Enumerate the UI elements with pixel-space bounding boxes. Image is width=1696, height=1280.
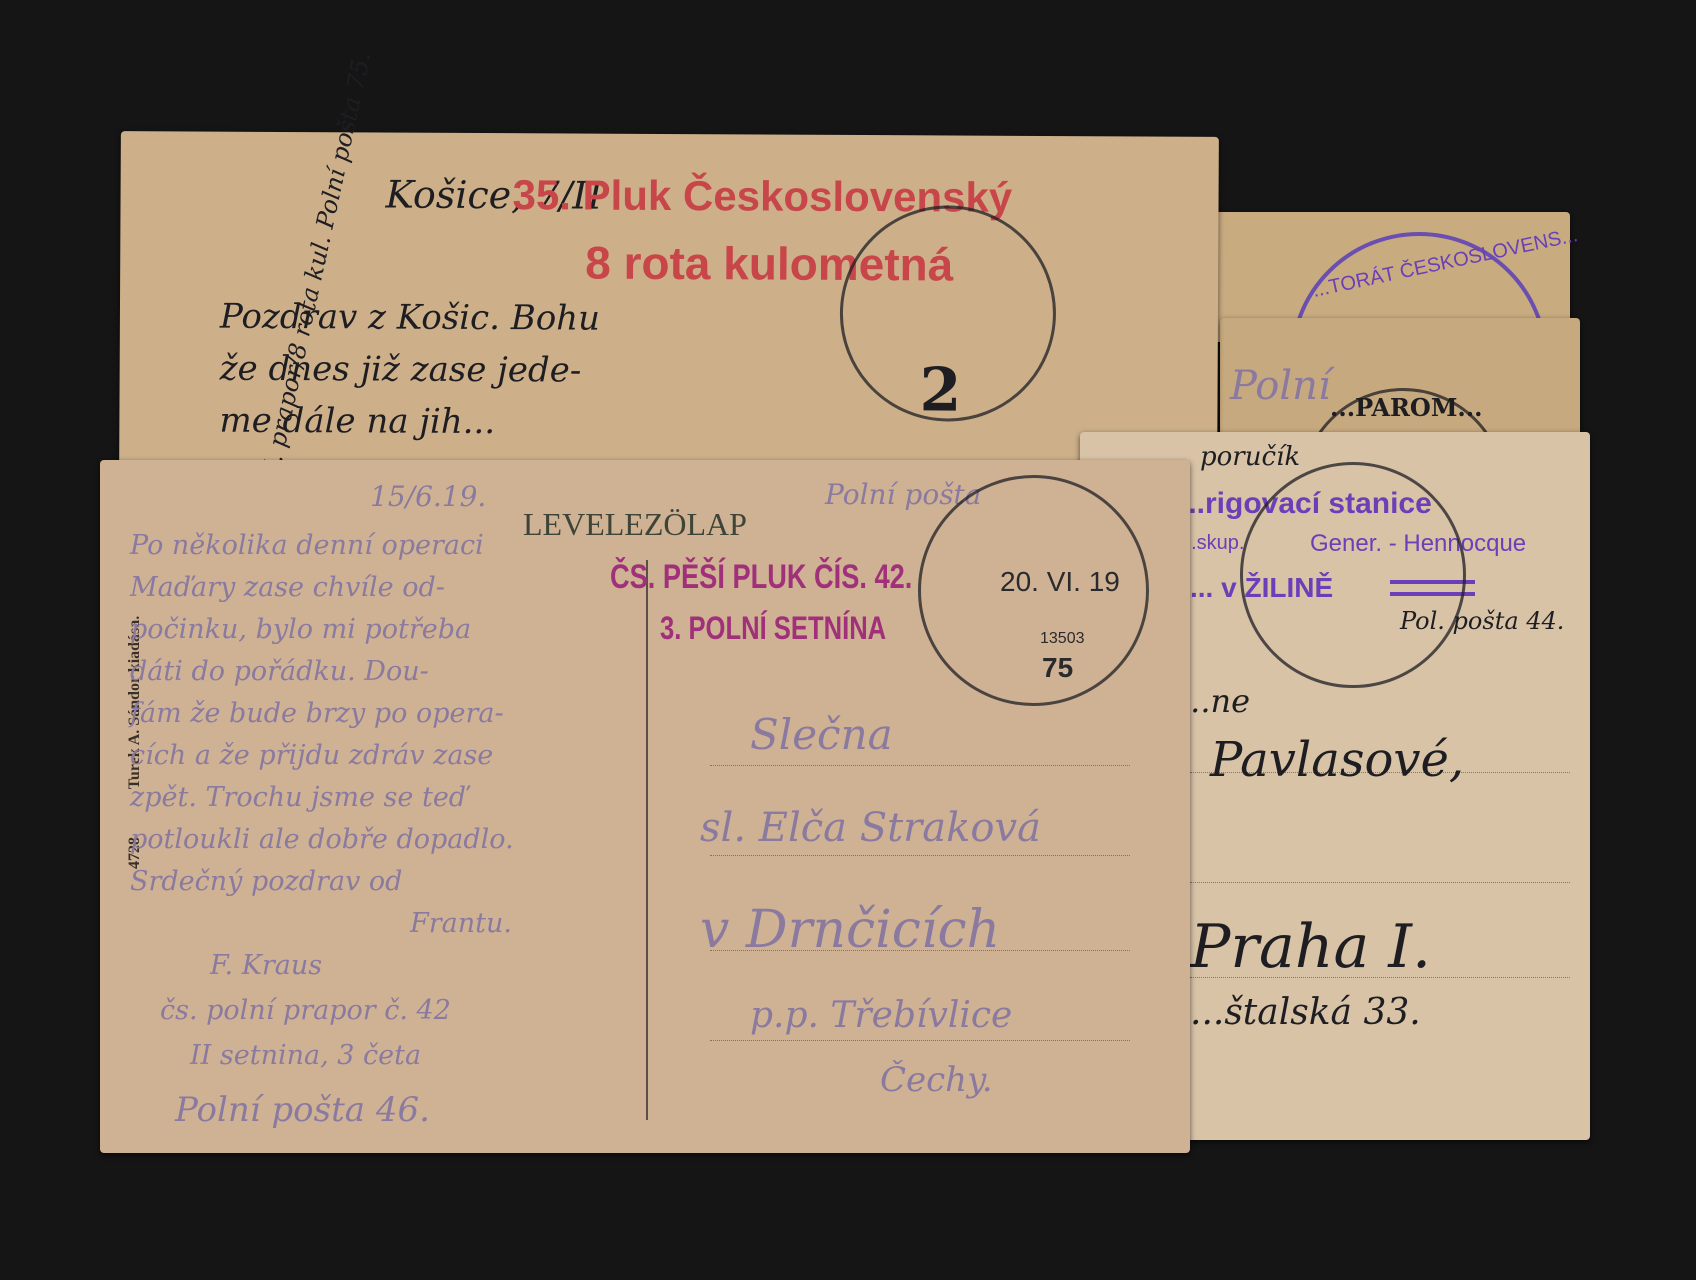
divider-line bbox=[646, 560, 648, 1120]
address-line-text: p.p. Třebívlice bbox=[750, 995, 1012, 1036]
pencil-text: Polní bbox=[1230, 363, 1331, 409]
handwriting-top: poručík bbox=[1200, 442, 1300, 472]
address-line-text: sl. Elča Straková bbox=[700, 805, 1041, 851]
recipient-line: Praha I. bbox=[1190, 912, 1431, 982]
address-line-text: Slečna bbox=[750, 710, 893, 759]
address-line bbox=[710, 765, 1130, 767]
message-line: cích a že přijdu zdráv zase bbox=[130, 740, 514, 782]
message-line: Srdečný pozdrav od bbox=[130, 866, 514, 908]
address-line bbox=[710, 855, 1130, 857]
message-line: fám že bude brzy po opera- bbox=[130, 698, 514, 740]
message-line: Pozdrav z Košic. Bohu bbox=[220, 297, 600, 339]
address-line bbox=[710, 1040, 1130, 1042]
message-line: že dnes již zase jede- bbox=[220, 349, 600, 391]
address-line-text: v Drnčicích bbox=[700, 900, 1000, 960]
message-line: F. Kraus bbox=[130, 950, 514, 995]
message-handwriting: Po několika denní operaci Maďary zase ch… bbox=[130, 530, 514, 1140]
message-line: Polní pošta 46. bbox=[130, 1090, 514, 1140]
message-line: II setnina, 3 četa bbox=[130, 1040, 514, 1090]
postmark-text: ...PAROM... bbox=[1330, 393, 1482, 422]
recipient-line: ...štalská 33. bbox=[1190, 992, 1421, 1033]
address-line bbox=[1190, 882, 1570, 884]
regiment-stamp-line2: 3. POLNÍ SETNÍNA bbox=[660, 610, 886, 647]
address-line-text: Čechy. bbox=[880, 1060, 993, 1100]
postmark-number: 2 bbox=[919, 355, 961, 425]
postmark-code: 13503 bbox=[1040, 630, 1085, 648]
message-line: Po několika denní operaci bbox=[130, 530, 514, 572]
recipient-line: ...ne bbox=[1180, 682, 1250, 720]
card-title: LEVELEZÖLAP bbox=[523, 506, 747, 543]
postmark-circle bbox=[1240, 462, 1466, 688]
message-line: me dále na jih... bbox=[219, 401, 599, 443]
message-handwriting: Pozdrav z Košic. Bohu že dnes již zase j… bbox=[219, 297, 600, 443]
message-line: Maďary zase chvíle od- bbox=[130, 572, 514, 614]
message-line: dáti do pořádku. Dou- bbox=[130, 656, 514, 698]
message-line: čs. polní prapor č. 42 bbox=[130, 995, 514, 1040]
date: 15/6.19. bbox=[370, 480, 486, 513]
message-line: počinku, bylo mi potřeba bbox=[130, 614, 514, 656]
message-line: zpět. Trochu jsme se teď bbox=[130, 782, 514, 824]
message-line: Frantu. bbox=[130, 908, 514, 950]
postcard-top: pluk/II. prapor/8 rota kul. Polní pošta … bbox=[119, 131, 1219, 477]
postmark-number: 75 bbox=[1042, 652, 1073, 684]
message-line: potloukli ale dobře dopadlo. bbox=[130, 824, 514, 866]
recipient-line: Pavlasové, bbox=[1210, 732, 1464, 788]
postcard-front: 4728 Turek A. Sándor kiadása. 15/6.19. L… bbox=[100, 460, 1190, 1153]
postcard-back-right-middle: Polní ...PAROM... bbox=[1220, 318, 1580, 448]
postmark-date: 20. VI. 19 bbox=[1000, 566, 1120, 598]
regiment-stamp-line1: ČS. PĚŠÍ PLUK ČÍS. 42. bbox=[610, 558, 912, 597]
